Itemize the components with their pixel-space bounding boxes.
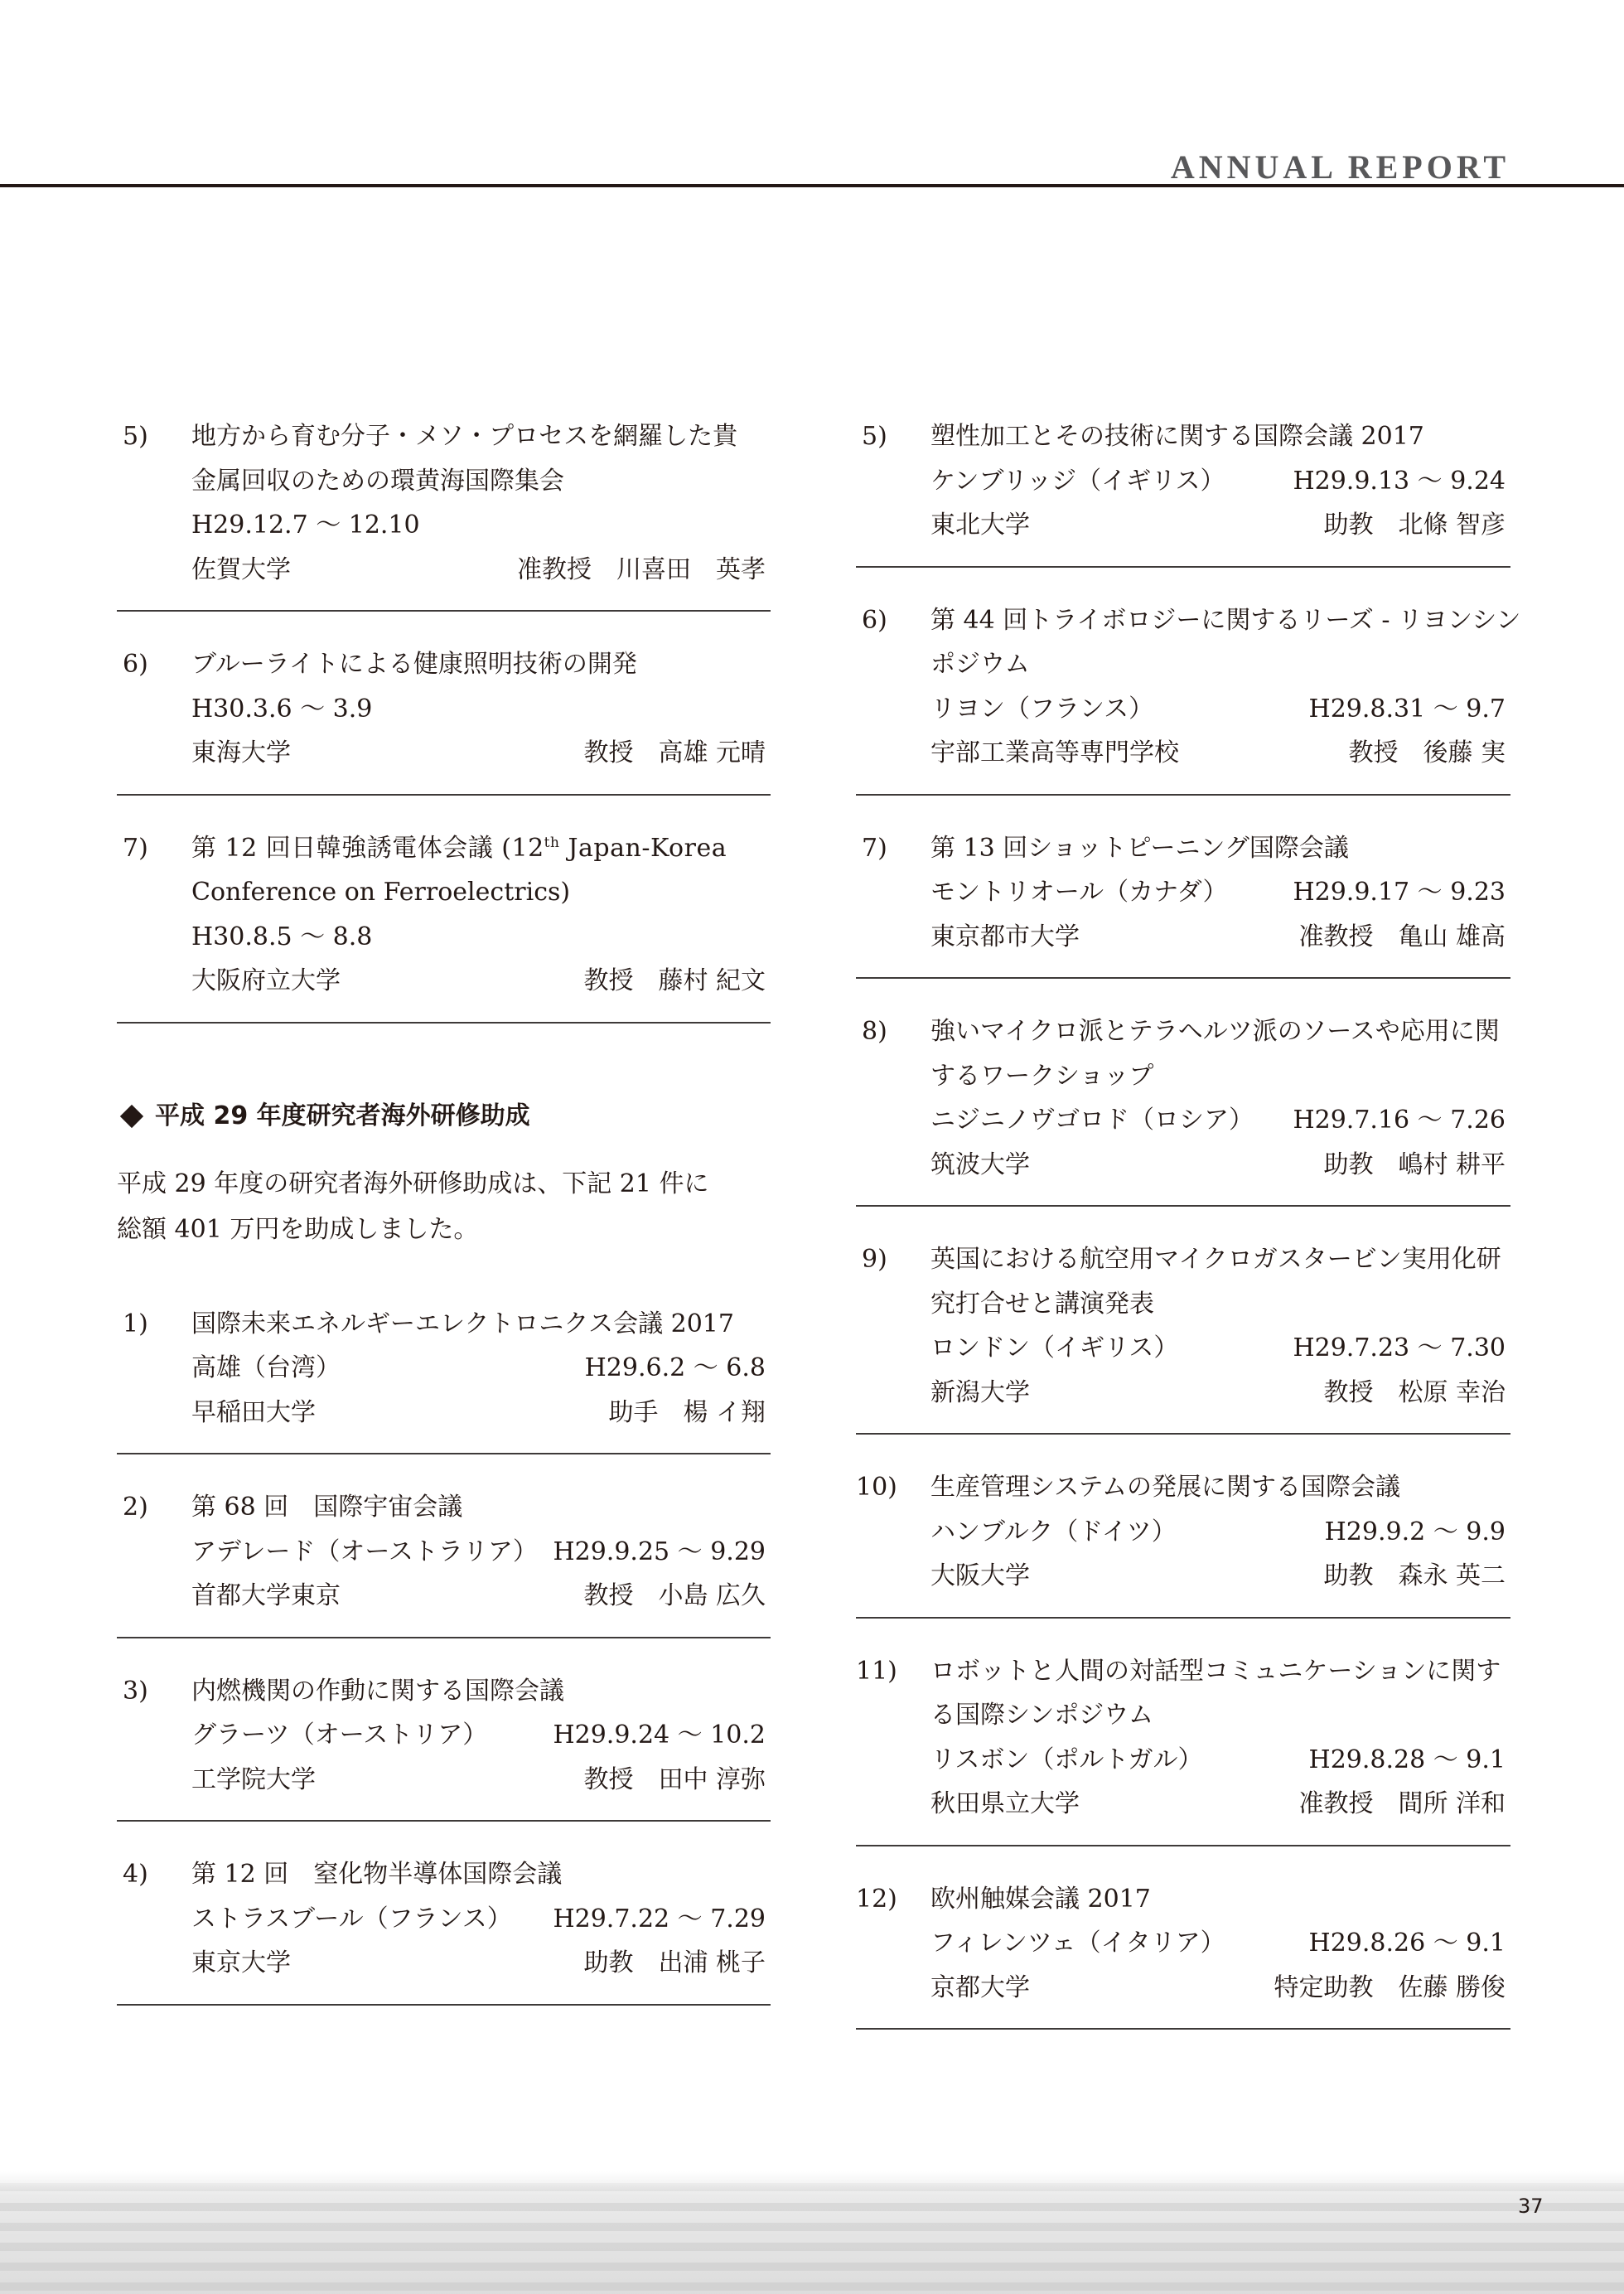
grant-item: 2) 第 68 回 国際宇宙会議 アデレード（オーストラリア） H29.9.25… (117, 1485, 771, 1619)
item-title-line: 英国における航空用マイクロガスタービン実用化研 (856, 1237, 1510, 1282)
item-person: 教授 藤村 紀文 (583, 959, 766, 1004)
item-date: H29.12.7 ～ 12.10 (117, 503, 771, 548)
paragraph-line: 平成 29 年度の研究者海外研修助成は、下記 21 件に (117, 1161, 771, 1207)
item-location-row: フィレンツェ（イタリア） H29.8.26 ～ 9.1 (856, 1921, 1510, 1966)
item-title-line: 強いマイクロ派とテラヘルツ派のソースや応用に関 (856, 1009, 1510, 1054)
item-affiliation-row: 大阪府立大学 教授 藤村 紀文 (117, 959, 771, 1004)
item-location-row: リヨン（フランス） H29.8.31 ～ 9.7 (856, 687, 1510, 732)
divider (117, 1453, 771, 1454)
item-location: ニジニノヴゴロド（ロシア） (930, 1098, 1254, 1143)
item-institution: 東京都市大学 (930, 915, 1080, 960)
item-location-row: ストラスブール（フランス） H29.7.22 ～ 7.29 (117, 1897, 771, 1942)
divider (117, 610, 771, 612)
item-title-line: ロボットと人間の対話型コミュニケーションに関す (856, 1649, 1510, 1694)
divider (117, 1022, 771, 1024)
item-title-line: 第 44 回トライボロジーに関するリーズ - リヨンシン (856, 598, 1510, 643)
item-title-line: Conference on Ferroelectrics) (117, 870, 771, 915)
grant-item: 6) 第 44 回トライボロジーに関するリーズ - リヨンシン ポジウム リヨン… (856, 598, 1510, 776)
title-text: 第 12 回日韓強誘電体会議 (12 (191, 834, 544, 863)
item-date: H30.3.6 ～ 3.9 (117, 687, 771, 732)
item-institution: 新潟大学 (930, 1371, 1030, 1416)
item-title-line: 塑性加工とその技術に関する国際会議 2017 (856, 414, 1510, 459)
section-heading-text: 平成 29 年度研究者海外研修助成 (155, 1100, 530, 1133)
item-affiliation-row: 東京大学 助教 出浦 桃子 (117, 1941, 771, 1986)
item-location: ハンブルク（ドイツ） (930, 1510, 1177, 1555)
item-affiliation-row: 筑波大学 助教 嶋村 耕平 (856, 1143, 1510, 1188)
grant-item: 5) 塑性加工とその技術に関する国際会議 2017 ケンブリッジ（イギリス） H… (856, 414, 1510, 548)
section-heading: 平成 29 年度研究者海外研修助成 (117, 1100, 771, 1133)
item-location: ケンブリッジ（イギリス） (930, 459, 1225, 504)
item-affiliation-row: 東北大学 助教 北條 智彦 (856, 503, 1510, 548)
item-title-line: 第 68 回 国際宇宙会議 (117, 1485, 771, 1530)
item-title-line: 欧州触媒会議 2017 (856, 1877, 1510, 1922)
grant-item: 10) 生産管理システムの発展に関する国際会議 ハンブルク（ドイツ） H29.9… (856, 1465, 1510, 1599)
item-location-row: モントリオール（カナダ） H29.9.17 ～ 9.23 (856, 870, 1510, 915)
divider (117, 794, 771, 796)
item-institution: 首都大学東京 (191, 1574, 341, 1619)
item-person: 教授 高雄 元晴 (583, 731, 766, 776)
grant-item: 12) 欧州触媒会議 2017 フィレンツェ（イタリア） H29.8.26 ～ … (856, 1877, 1510, 2011)
divider (856, 2028, 1510, 2030)
grant-item: 7) 第 13 回ショットピーニング国際会議 モントリオール（カナダ） H29.… (856, 826, 1510, 960)
item-affiliation-row: 佐賀大学 准教授 川喜田 英孝 (117, 548, 771, 593)
item-title-line: 国際未来エネルギーエレクトロニクス会議 2017 (117, 1302, 771, 1347)
section-paragraph: 平成 29 年度の研究者海外研修助成は、下記 21 件に 総額 401 万円を助… (117, 1161, 771, 1252)
divider (856, 794, 1510, 796)
item-location-row: 高雄（台湾） H29.6.2 ～ 6.8 (117, 1346, 771, 1391)
item-person: 助教 北條 智彦 (1323, 503, 1506, 548)
grant-item: 5) 地方から育む分子・メソ・プロセスを網羅した貴 金属回収のための環黄海国際集… (117, 414, 771, 592)
item-title-line: る国際シンポジウム (856, 1693, 1510, 1738)
item-person: 准教授 川喜田 英孝 (517, 548, 766, 593)
grant-item: 8) 強いマイクロ派とテラヘルツ派のソースや応用に関 するワークショップ ニジニ… (856, 1009, 1510, 1187)
item-date: H29.7.16 ～ 7.26 (1293, 1098, 1506, 1143)
item-affiliation-row: 京都大学 特定助教 佐藤 勝俊 (856, 1966, 1510, 2011)
item-date: H29.8.28 ～ 9.1 (1309, 1738, 1506, 1783)
item-date: H29.9.17 ～ 9.23 (1293, 870, 1506, 915)
divider (856, 1617, 1510, 1619)
item-affiliation-row: 早稲田大学 助手 楊 イ翔 (117, 1391, 771, 1435)
grant-item: 1) 国際未来エネルギーエレクトロニクス会議 2017 高雄（台湾） H29.6… (117, 1302, 771, 1435)
item-affiliation-row: 秋田県立大学 准教授 間所 洋和 (856, 1782, 1510, 1827)
item-location: リスボン（ポルトガル） (930, 1738, 1203, 1783)
title-text: Japan-Korea (559, 834, 727, 863)
item-institution: 工学院大学 (191, 1758, 316, 1803)
grant-item: 4) 第 12 回 窒化物半導体国際会議 ストラスブール（フランス） H29.7… (117, 1852, 771, 1986)
item-location: グラーツ（オーストリア） (191, 1713, 487, 1758)
item-institution: 秋田県立大学 (930, 1782, 1080, 1827)
item-title-line: ブルーライトによる健康照明技術の開発 (117, 642, 771, 687)
diamond-bullet-icon (120, 1104, 143, 1127)
item-date: H29.8.31 ～ 9.7 (1309, 687, 1506, 732)
item-location: モントリオール（カナダ） (930, 870, 1228, 915)
divider (117, 2004, 771, 2006)
page-number: 37 (1518, 2195, 1544, 2218)
item-title-line: 第 12 回 窒化物半導体国際会議 (117, 1852, 771, 1897)
divider (856, 977, 1510, 979)
item-affiliation-row: 新潟大学 教授 松原 幸治 (856, 1371, 1510, 1416)
item-affiliation-row: 東京都市大学 准教授 亀山 雄高 (856, 915, 1510, 960)
left-column: 5) 地方から育む分子・メソ・プロセスを網羅した貴 金属回収のための環黄海国際集… (117, 414, 771, 2036)
grant-item: 6) ブルーライトによる健康照明技術の開発 H30.3.6 ～ 3.9 東海大学… (117, 642, 771, 776)
divider (117, 1637, 771, 1638)
item-title-line: 地方から育む分子・メソ・プロセスを網羅した貴 (117, 414, 771, 459)
item-date: H29.9.25 ～ 9.29 (553, 1530, 766, 1575)
item-affiliation-row: 宇部工業高等専門学校 教授 後藤 実 (856, 731, 1510, 776)
item-institution: 佐賀大学 (191, 548, 291, 593)
item-person: 教授 後藤 実 (1348, 731, 1506, 776)
item-person: 助教 森永 英二 (1323, 1554, 1506, 1599)
ordinal-suffix: th (544, 835, 560, 851)
item-person: 教授 松原 幸治 (1323, 1371, 1506, 1416)
item-institution: 東京大学 (191, 1941, 291, 1986)
item-title-line: 第 12 回日韓強誘電体会議 (12th Japan-Korea (117, 826, 771, 871)
item-location-row: ロンドン（イギリス） H29.7.23 ～ 7.30 (856, 1326, 1510, 1371)
item-title-line: するワークショップ (856, 1054, 1510, 1099)
item-date: H29.9.13 ～ 9.24 (1293, 459, 1506, 504)
item-person: 助教 出浦 桃子 (583, 1941, 766, 1986)
item-person: 助教 嶋村 耕平 (1323, 1143, 1506, 1188)
item-institution: 大阪大学 (930, 1554, 1030, 1599)
item-title-line: 金属回収のための環黄海国際集会 (117, 459, 771, 504)
item-person: 助手 楊 イ翔 (608, 1391, 766, 1435)
item-location-row: リスボン（ポルトガル） H29.8.28 ～ 9.1 (856, 1738, 1510, 1783)
item-person: 特定助教 佐藤 勝俊 (1274, 1966, 1506, 2011)
divider (117, 1820, 771, 1822)
item-location: ロンドン（イギリス） (930, 1326, 1178, 1371)
item-institution: 大阪府立大学 (191, 959, 341, 1004)
item-person: 准教授 間所 洋和 (1298, 1782, 1506, 1827)
item-institution: 東海大学 (191, 731, 291, 776)
item-title-line: ポジウム (856, 642, 1510, 687)
item-person: 教授 小島 広久 (583, 1574, 766, 1619)
item-date: H29.9.24 ～ 10.2 (553, 1713, 766, 1758)
grant-item: 9) 英国における航空用マイクロガスタービン実用化研 究打合せと講演発表 ロンド… (856, 1237, 1510, 1415)
item-title-line: 第 13 回ショットピーニング国際会議 (856, 826, 1510, 871)
item-affiliation-row: 首都大学東京 教授 小島 広久 (117, 1574, 771, 1619)
paragraph-line: 総額 401 万円を助成しました。 (117, 1207, 771, 1252)
item-date: H29.6.2 ～ 6.8 (585, 1346, 766, 1391)
item-person: 教授 田中 淳弥 (583, 1758, 766, 1803)
item-location: フィレンツェ（イタリア） (930, 1921, 1225, 1966)
item-location: 高雄（台湾） (191, 1346, 341, 1391)
item-affiliation-row: 東海大学 教授 高雄 元晴 (117, 731, 771, 776)
item-institution: 早稲田大学 (191, 1391, 316, 1435)
item-location: ストラスブール（フランス） (191, 1897, 512, 1942)
item-date: H30.8.5 ～ 8.8 (117, 915, 771, 960)
grant-item: 7) 第 12 回日韓強誘電体会議 (12th Japan-Korea Conf… (117, 826, 771, 1004)
item-location-row: グラーツ（オーストリア） H29.9.24 ～ 10.2 (117, 1713, 771, 1758)
item-person: 准教授 亀山 雄高 (1298, 915, 1506, 960)
item-location: アデレード（オーストラリア） (191, 1530, 538, 1575)
header-rule (0, 184, 1624, 187)
item-date: H29.7.23 ～ 7.30 (1293, 1326, 1506, 1371)
item-date: H29.9.2 ～ 9.9 (1325, 1510, 1506, 1555)
divider (856, 1845, 1510, 1846)
item-location-row: アデレード（オーストラリア） H29.9.25 ～ 9.29 (117, 1530, 771, 1575)
item-institution: 筑波大学 (930, 1143, 1030, 1188)
header-title: ANNUAL REPORT (1171, 148, 1510, 187)
item-title-line: 究打合せと講演発表 (856, 1282, 1510, 1327)
footer-stripe-band (0, 2171, 1624, 2294)
item-date: H29.8.26 ～ 9.1 (1309, 1921, 1506, 1966)
item-affiliation-row: 工学院大学 教授 田中 淳弥 (117, 1758, 771, 1803)
item-institution: 京都大学 (930, 1966, 1030, 2011)
divider (856, 1433, 1510, 1435)
grant-item: 11) ロボットと人間の対話型コミュニケーションに関す る国際シンポジウム リス… (856, 1649, 1510, 1827)
item-institution: 宇部工業高等専門学校 (930, 731, 1179, 776)
item-location-row: ケンブリッジ（イギリス） H29.9.13 ～ 9.24 (856, 459, 1510, 504)
divider (856, 1205, 1510, 1207)
item-title-line: 生産管理システムの発展に関する国際会議 (856, 1465, 1510, 1510)
divider (856, 566, 1510, 568)
right-column: 5) 塑性加工とその技術に関する国際会議 2017 ケンブリッジ（イギリス） H… (856, 414, 1510, 2060)
item-location-row: ハンブルク（ドイツ） H29.9.2 ～ 9.9 (856, 1510, 1510, 1555)
item-location: リヨン（フランス） (930, 687, 1153, 732)
item-title-line: 内燃機関の作動に関する国際会議 (117, 1669, 771, 1714)
item-date: H29.7.22 ～ 7.29 (553, 1897, 766, 1942)
grant-item: 3) 内燃機関の作動に関する国際会議 グラーツ（オーストリア） H29.9.24… (117, 1669, 771, 1803)
item-location-row: ニジニノヴゴロド（ロシア） H29.7.16 ～ 7.26 (856, 1098, 1510, 1143)
item-affiliation-row: 大阪大学 助教 森永 英二 (856, 1554, 1510, 1599)
item-institution: 東北大学 (930, 503, 1030, 548)
